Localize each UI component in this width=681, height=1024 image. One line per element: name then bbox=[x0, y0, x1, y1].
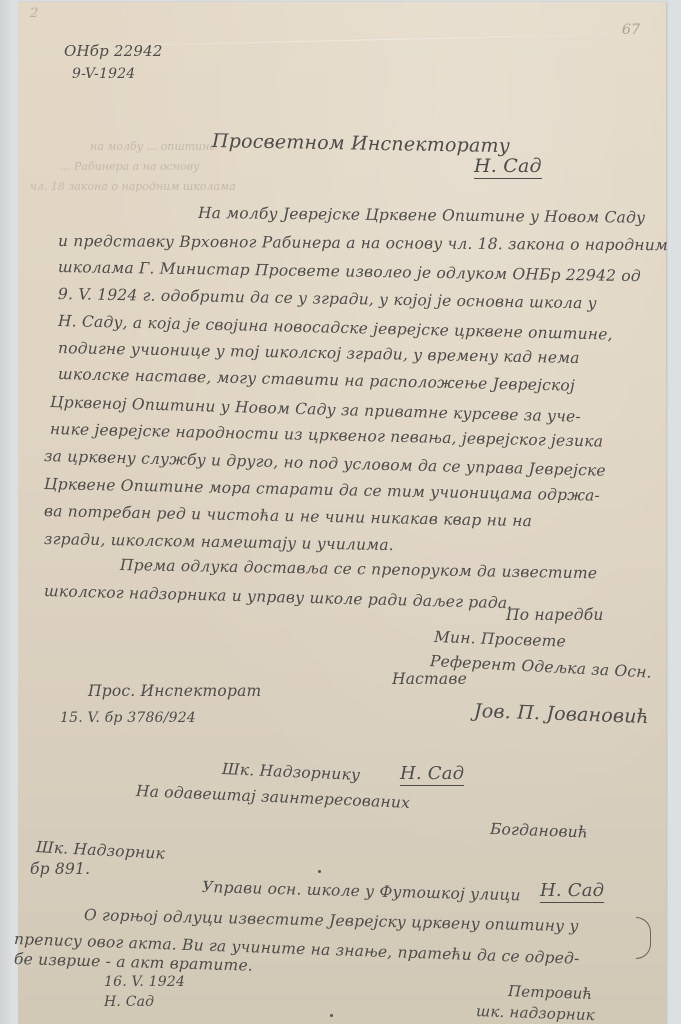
supervisor-recipient-place: Н. Сад bbox=[540, 880, 604, 903]
supervisor-place: Н. Сад bbox=[104, 994, 154, 1010]
inspectorate-line: Прос. Инспекторат bbox=[88, 682, 261, 700]
show-through-text: на молбу ... општине bbox=[90, 140, 216, 153]
reference-date: 9-V-1924 bbox=[72, 66, 135, 82]
show-through-text: чл. 18 закона о народним школама bbox=[30, 180, 236, 193]
addressee-city: Н. Сад bbox=[474, 155, 542, 179]
supervisor-signature: Петровић bbox=[508, 982, 593, 1003]
signature-block-line: По наредби bbox=[506, 606, 604, 624]
supervisor-number: бр 891. bbox=[30, 860, 90, 878]
supervisor-date: 16. V. 1924 bbox=[104, 974, 185, 990]
page-number: 67 bbox=[622, 22, 640, 38]
signature-block-line: Наставе bbox=[392, 670, 467, 688]
reference-number: ОНбр 22942 bbox=[64, 42, 163, 60]
forward-place: Н. Сад bbox=[400, 763, 464, 786]
forward-signature: Богдановић bbox=[490, 820, 589, 841]
inspectorate-number: 15. V. бр 3786/924 bbox=[60, 710, 196, 726]
show-through-text: ... Рабинера а на основу bbox=[60, 160, 199, 173]
corner-mark: 2 bbox=[30, 6, 38, 21]
ink-dot bbox=[318, 870, 321, 873]
ink-dot bbox=[330, 1014, 333, 1017]
